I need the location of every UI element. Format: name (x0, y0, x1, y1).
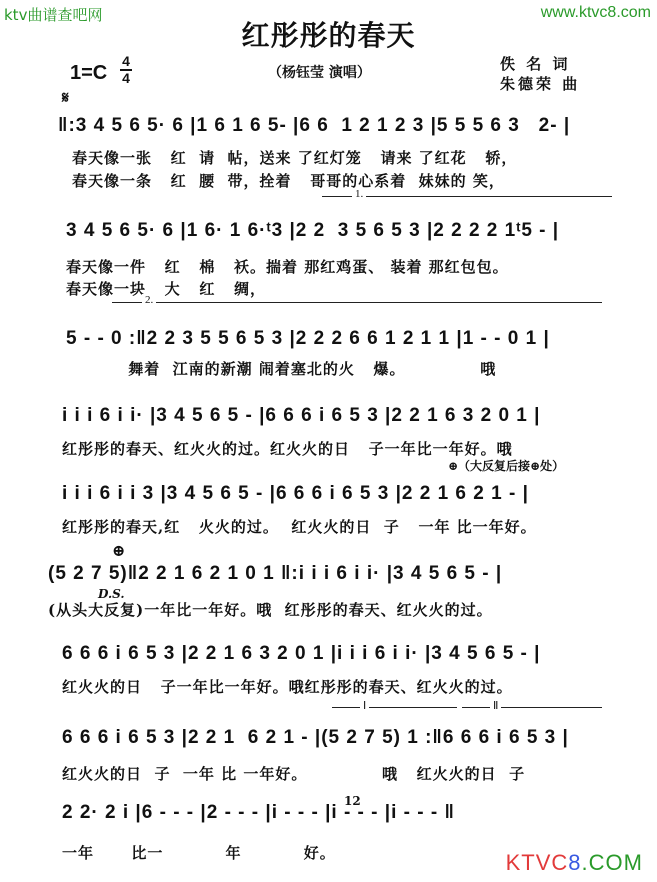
notation-line: 6 6 6 i 6 5 3 |2 2 1 6 3 2 0 1 |i i i 6 … (62, 643, 617, 665)
notation-line: i i i 6 i i 3 |3 4 5 6 5 - |6 6 6 i 6 5 … (62, 483, 617, 505)
watermark-logo: KTVC8.COM (506, 850, 643, 876)
time-signature-bottom: 4 (120, 72, 132, 85)
first-ending-bracket: Ⅰ (332, 707, 457, 708)
coda-icon: ⊕ (112, 541, 125, 560)
lyrics-verse-2: 春天像一条 红 腰 带，拴着 哥哥的心系着 妹妹的 笑， (72, 170, 505, 191)
lyricist-credit: 佚 名 词 (500, 54, 580, 74)
second-ending-bracket: Ⅱ (462, 707, 602, 708)
singer-credit: （杨钰莹 演唱） (268, 62, 371, 82)
coda-instruction: ⊕（大反复后接⊕处） (448, 457, 564, 474)
time-signature-top: 4 (120, 55, 132, 68)
lyrics: 红火火的日 子一年比一年好。哦红彤彤的春天、红火火的过。 (62, 676, 513, 697)
lyrics-verse-1: 春天像一张 红 请 帖，送来 了红灯笼 请来 了红花 轿， (72, 147, 517, 168)
second-ending-bracket: 2. (112, 302, 602, 303)
song-title: 红彤彤的春天 (0, 14, 657, 54)
notation-line: 6 6 6 i 6 5 3 |2 2 1 6 2 1 - |(5 2 7 5) … (62, 727, 617, 749)
composer-credit: 朱德荣 曲 (500, 74, 580, 94)
time-signature: 4 4 (120, 55, 132, 85)
notation-line: ‖:3 4 5 6 5· 6 |1 6 1 6 5- |6 6 1 2 1 2 … (58, 115, 617, 137)
lyrics: (从头大反复)一年比一年好。哦 红彤彤的春天、红火火的过。 (48, 599, 493, 620)
lyrics: 红彤彤的春天、红火火的过。红火火的日 子一年比一年好。哦 (62, 438, 513, 459)
key-signature: 1=C (70, 62, 107, 85)
first-ending-bracket: 1. (322, 196, 612, 197)
notation-line: 3 4 5 6 5· 6 |1 6· 1 6·ᵗ3 |2 2 3 5 6 5 3… (66, 220, 617, 242)
lyrics-verse-2: 春天像一块 大 红 绸， (66, 278, 266, 299)
notation-line: (5 2 7 5)‖2 2 1 6 2 1 0 1 ‖:i i i 6 i i·… (48, 563, 617, 585)
lyrics: 舞着 江南的新潮 闹着塞北的火 爆。 哦 (66, 358, 496, 379)
notation-line: 2 2· 2 i |6 - - - |2 - - - |i - - - |i -… (62, 802, 617, 824)
lyrics: 一年 比一 年 好。 (62, 842, 336, 863)
lyrics: 红彤彤的春天,红 火火的过。 红火火的日 子 一年 比一年好。 (62, 516, 537, 537)
lyrics: 红火火的日 子 一年 比 一年好。 哦 红火火的日 子 (62, 763, 525, 784)
notation-line: 5 - - 0 :‖2 2 3 5 5 6 5 3 |2 2 2 6 6 1 2… (66, 328, 617, 350)
lyrics-verse-1: 春天像一件 红 棉 袄。揣着 那红鸡蛋、 装着 那红包包。 (66, 256, 509, 277)
credits: 佚 名 词 朱德荣 曲 (500, 54, 580, 94)
notation-line: i i i 6 i i· |3 4 5 6 5 - |6 6 6 i 6 5 3… (62, 405, 617, 427)
segno-icon: 𝄋 (62, 88, 69, 108)
